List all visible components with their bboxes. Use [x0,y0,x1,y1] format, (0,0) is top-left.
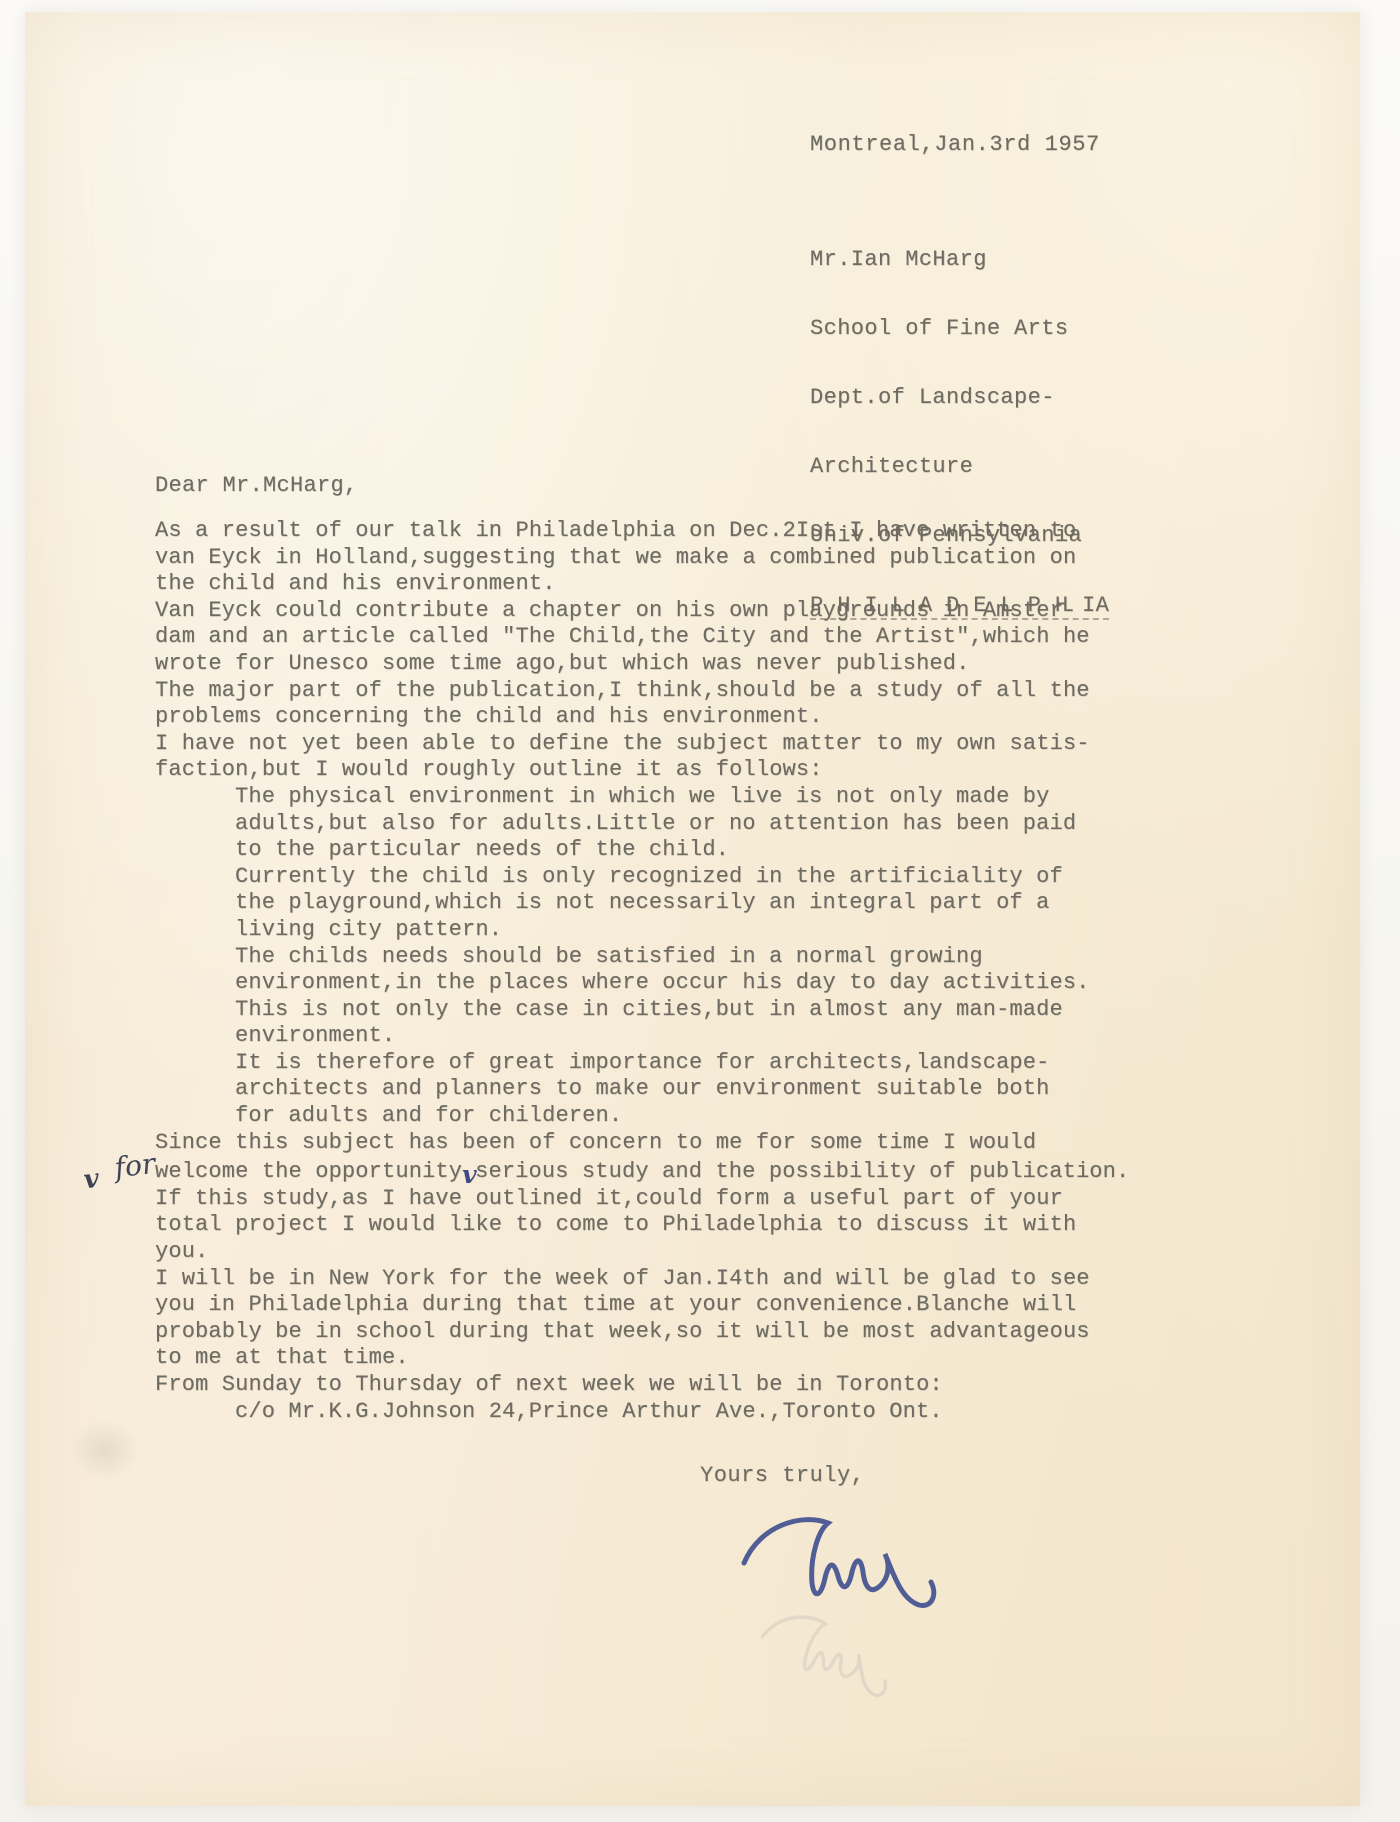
margin-caret-mark: v [82,1164,101,1196]
letter-line: wrote for Unesco some time ago,but which… [155,651,1129,678]
letter-line: This is not only the case in cities,but … [235,997,1129,1024]
letter-line: environment. [235,1023,1129,1050]
letter-line: for adults and for childeren. [235,1103,1129,1130]
letter-line: van Eyck in Holland,suggesting that we m… [155,545,1129,572]
closing-line: Yours truly, [700,1463,864,1488]
letter-line: to me at that time. [155,1345,1129,1372]
letter-line: Van Eyck could contribute a chapter on h… [155,598,1129,625]
letter-line: you in Philadelphia during that time at … [155,1292,1129,1319]
letter-line: I will be in New York for the week of Ja… [155,1266,1129,1293]
letter-line: The major part of the publication,I thin… [155,678,1129,705]
letter-line: total project I would like to come to Ph… [155,1212,1129,1239]
margin-inserted-word: for [113,1147,157,1185]
letter-line: If this study,as I have outlined it,coul… [155,1186,1129,1213]
letter-line: to the particular needs of the child. [235,837,1129,864]
letter-line: The childs needs should be satisfied in … [235,944,1129,971]
letter-line: It is therefore of great importance for … [235,1050,1129,1077]
letter-line: the child and his environment. [155,571,1129,598]
letter-line: living city pattern. [235,917,1129,944]
address-line: School of Fine Arts [810,317,1109,340]
letter-line: architects and planners to make our envi… [235,1076,1129,1103]
letter-line: I have not yet been able to define the s… [155,731,1129,758]
paper-smudge [70,1420,140,1480]
letter-line: As a result of our talk in Philadelphia … [155,518,1129,545]
letter-line: you. [155,1239,1129,1266]
letter-line: Since this subject has been of concern t… [155,1130,1129,1157]
scanned-letter-page: { "letter": { "date": "Montreal,Jan.3rd … [0,0,1400,1822]
salutation: Dear Mr.McHarg, [155,473,358,498]
address-line: Dept.of Landscape- [810,386,1109,409]
letter-line: faction,but I would roughly outline it a… [155,757,1129,784]
letter-line: adults,but also for adults.Little or no … [235,811,1129,838]
letter-line: environment,in the places where occur hi… [235,970,1129,997]
letter-paper: Montreal,Jan.3rd 1957 Mr.Ian McHarg Scho… [25,12,1360,1806]
address-line: Architecture [810,455,1109,478]
letter-line: Currently the child is only recognized i… [235,864,1129,891]
letter-line: dam and an article called "The Child,the… [155,624,1129,651]
letter-line: probably be in school during that week,s… [155,1319,1129,1346]
letter-line: the playground,which is not necessarily … [235,890,1129,917]
letter-line: c/o Mr.K.G.Johnson 24,Prince Arthur Ave.… [235,1399,1129,1426]
letter-body: As a result of our talk in Philadelphia … [155,518,1129,1425]
letter-line: problems concerning the child and his en… [155,704,1129,731]
letter-line: welcome the opportunityvserious study an… [155,1156,1129,1186]
ink-caret-mark: v [462,1162,475,1189]
date-line: Montreal,Jan.3rd 1957 [810,132,1100,157]
letter-line: From Sunday to Thursday of next week we … [155,1372,1129,1399]
address-line: Mr.Ian McHarg [810,248,1109,271]
letter-line: The physical environment in which we liv… [235,784,1129,811]
